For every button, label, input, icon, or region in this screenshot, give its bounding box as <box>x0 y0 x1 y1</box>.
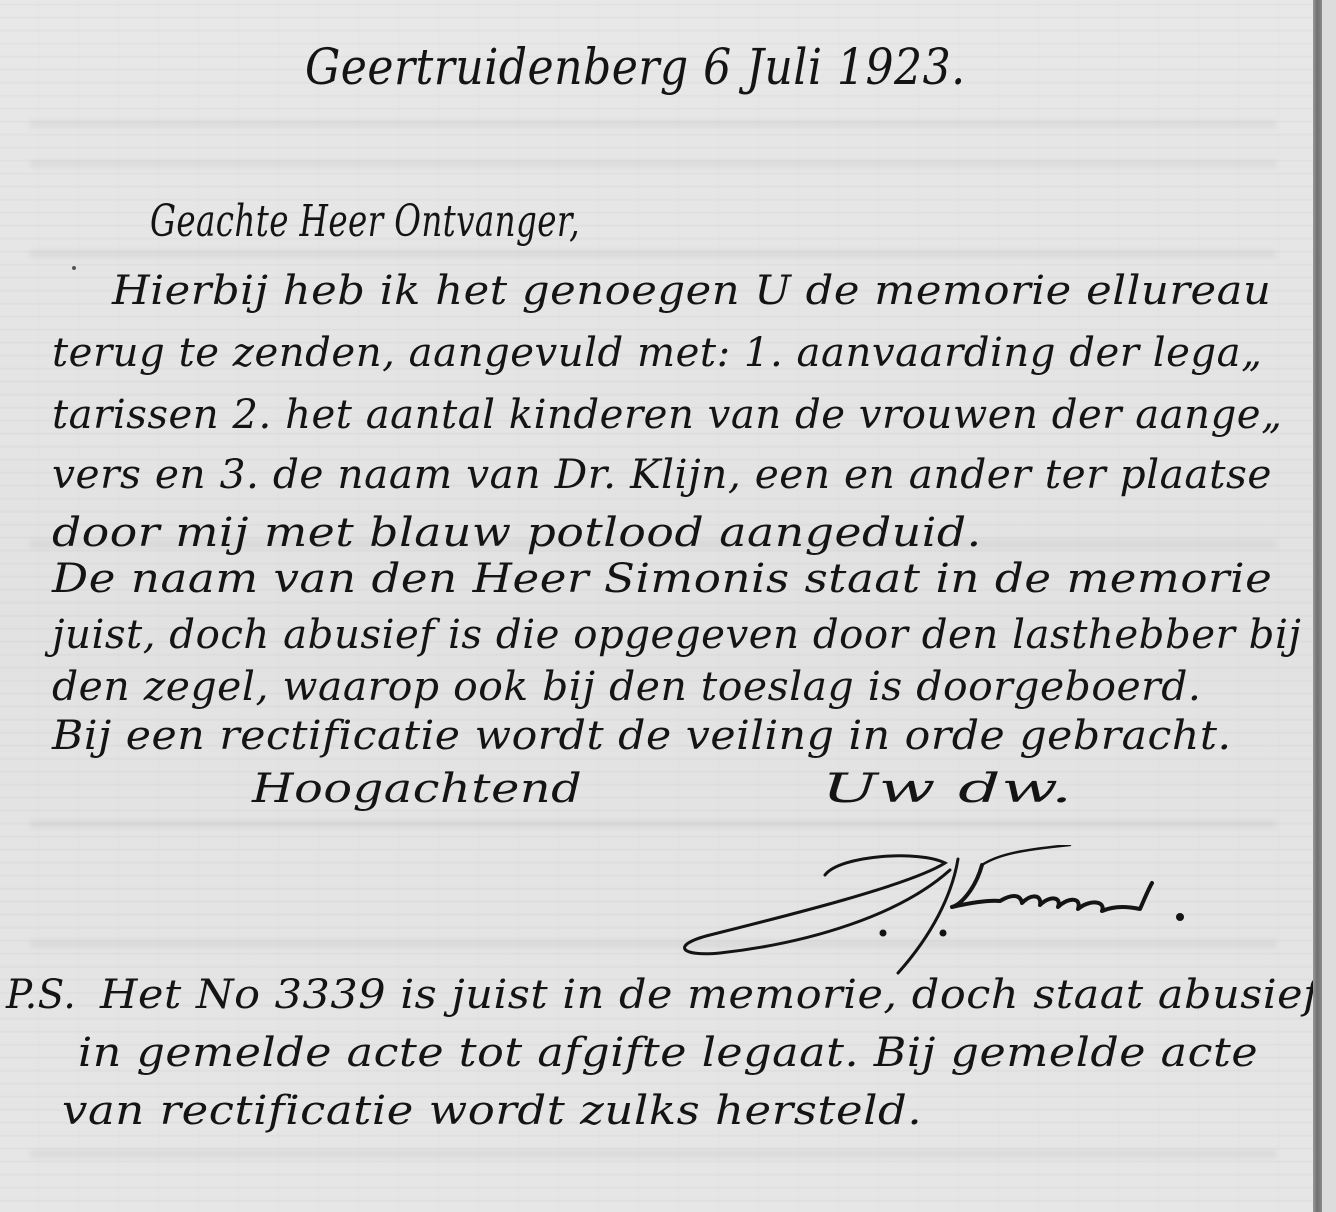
postscript-line-3: van rectificatie wordt zulks hersteld. <box>62 1088 922 1134</box>
page-binding-edge <box>1313 0 1322 1212</box>
body-line-8: den zegel, waarop ook bij den toeslag is… <box>52 664 1201 710</box>
postscript-line-2: in gemelde acte tot afgifte legaat. Bij … <box>78 1030 1258 1076</box>
signature-flourish-icon <box>670 845 1230 975</box>
closing: Hoogachtend <box>252 766 582 812</box>
bleed-through-line <box>30 1150 1276 1158</box>
body-line-1: Hierbij heb ik het genoegen U de memorie… <box>112 268 1271 314</box>
body-line-5: door mij met blauw potlood aangeduid. <box>52 510 982 556</box>
salutation: Geachte Heer Ontvanger, <box>150 196 580 247</box>
place-date-heading: Geertruidenberg 6 Juli 1923. <box>305 38 966 96</box>
body-line-6: De naam van den Heer Simonis staat in de… <box>52 556 1272 602</box>
bleed-through-line <box>30 250 1276 258</box>
bleed-through-line <box>30 160 1276 168</box>
body-line-9: Bij een rectificatie wordt de veiling in… <box>52 713 1232 759</box>
bleed-through-line <box>30 820 1276 828</box>
body-line-3: tarissen 2. het aantal kinderen van de v… <box>52 392 1282 438</box>
body-line-7: juist, doch abusief is die opgegeven doo… <box>52 612 1301 658</box>
postscript-label: P.S. <box>6 972 76 1018</box>
closing-right: Uw dw. <box>822 766 1073 812</box>
body-line-4: vers en 3. de naam van Dr. Klijn, een en… <box>52 452 1272 498</box>
adjacent-page-edge <box>1322 0 1336 1212</box>
body-line-2: terug te zenden, aangevuld met: 1. aanva… <box>52 330 1262 376</box>
scanned-letter-page: Geertruidenberg 6 Juli 1923. Geachte Hee… <box>0 0 1336 1212</box>
postscript-line-1: Het No 3339 is juist in de memorie, doch… <box>100 972 1320 1018</box>
ink-speck <box>72 266 76 270</box>
signature <box>670 845 1230 975</box>
bleed-through-line <box>30 120 1276 128</box>
